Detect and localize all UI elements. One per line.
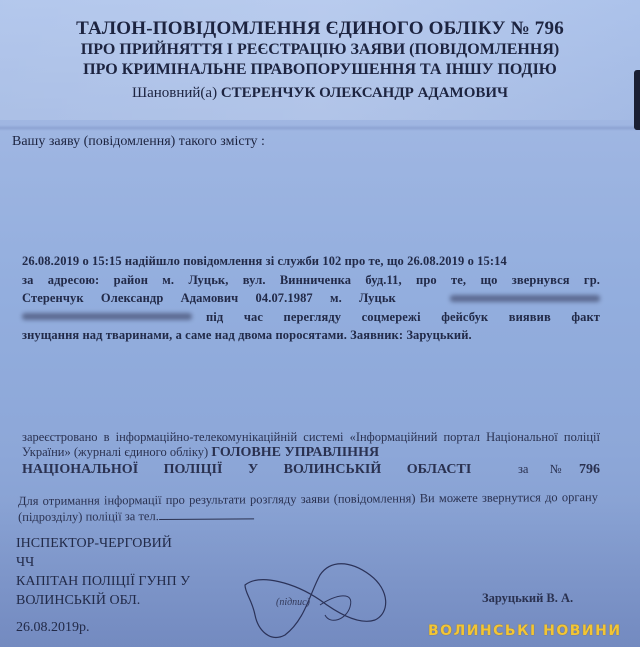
signature-icon	[240, 545, 420, 645]
statement-line-text: Стеренчук Олександр Адамович 04.07.1987 …	[22, 289, 396, 308]
statement-line-text: під час перегляду соцмережі фейсбук вияв…	[206, 308, 600, 327]
official-unit: ЧЧ	[16, 553, 190, 572]
official-position: ІНСПЕКТОР-ЧЕРГОВИЙ	[16, 534, 190, 553]
document-title: ТАЛОН-ПОВІДОМЛЕННЯ ЄДИНОГО ОБЛІКУ № 796	[0, 18, 640, 40]
intro-text: Вашу заяву (повідомлення) такого змісту …	[12, 134, 265, 150]
statement-line: Стеренчук Олександр Адамович 04.07.1987 …	[22, 289, 600, 308]
statement-line: за адресою: район м. Луцьк, вул. Винниче…	[22, 271, 600, 290]
official-region: ВОЛИНСЬКІЙ ОБЛ.	[16, 591, 190, 610]
salutation-prefix: Шановний(а)	[132, 85, 217, 101]
redacted-address	[22, 313, 192, 320]
registration-org-name: НАЦІОНАЛЬНОЇ ПОЛІЦІЇ У ВОЛИНСЬКІЙ ОБЛАСТ…	[22, 462, 471, 477]
official-rank: КАПІТАН ПОЛІЦІЇ ГУНП У	[16, 572, 190, 591]
redacted-address	[450, 295, 600, 302]
registration-org: ГОЛОВНЕ УПРАВЛІННЯ	[211, 445, 379, 460]
statement-line: 26.08.2019 о 15:15 надійшло повідомлення…	[22, 252, 600, 271]
document-header: ТАЛОН-ПОВІДОМЛЕННЯ ЄДИНОГО ОБЛІКУ № 796 …	[0, 18, 640, 104]
statement-line: знущання над тваринами, а саме над двома…	[22, 326, 600, 345]
document-subtitle-1: ПРО ПРИЙНЯТТЯ І РЕЄСТРАЦІЮ ЗАЯВИ (ПОВІДО…	[0, 40, 640, 60]
salutation: Шановний(а) СТЕРЕНЧУК ОЛЕКСАНДР АДАМОВИЧ	[0, 82, 640, 104]
document-date: 26.08.2019р.	[16, 618, 190, 637]
watermark-logo: ВОЛИНСЬКІ НОВИНИ	[428, 623, 622, 639]
registration-number: за № 796	[518, 462, 600, 477]
phone-blank	[159, 518, 254, 520]
document-subtitle-2: ПРО КРИМІНАЛЬНЕ ПРАВОПОРУШЕННЯ ТА ІНШУ П…	[0, 60, 640, 80]
number-value: 796	[579, 462, 600, 477]
signer-name: Заруцький В. А.	[482, 591, 573, 606]
registration-org-line: НАЦІОНАЛЬНОЇ ПОЛІЦІЇ У ВОЛИНСЬКІЙ ОБЛАСТ…	[22, 462, 600, 477]
statement-line: під час перегляду соцмережі фейсбук вияв…	[22, 308, 600, 327]
paper-fold	[0, 125, 640, 131]
statement-body: 26.08.2019 о 15:15 надійшло повідомлення…	[22, 252, 600, 345]
info-paragraph: Для отримання інформації про результати …	[18, 490, 598, 524]
registration-block: зареєстровано в інформаційно-телекомунік…	[22, 430, 600, 477]
number-label: за №	[518, 462, 562, 476]
signature-label: (підпис)	[276, 597, 310, 608]
addressee-name: СТЕРЕНЧУК ОЛЕКСАНДР АДАМОВИЧ	[221, 85, 508, 101]
info-text: Для отримання інформації про результати …	[18, 489, 598, 525]
official-block: ІНСПЕКТОР-ЧЕРГОВИЙ ЧЧ КАПІТАН ПОЛІЦІЇ ГУ…	[16, 534, 190, 637]
